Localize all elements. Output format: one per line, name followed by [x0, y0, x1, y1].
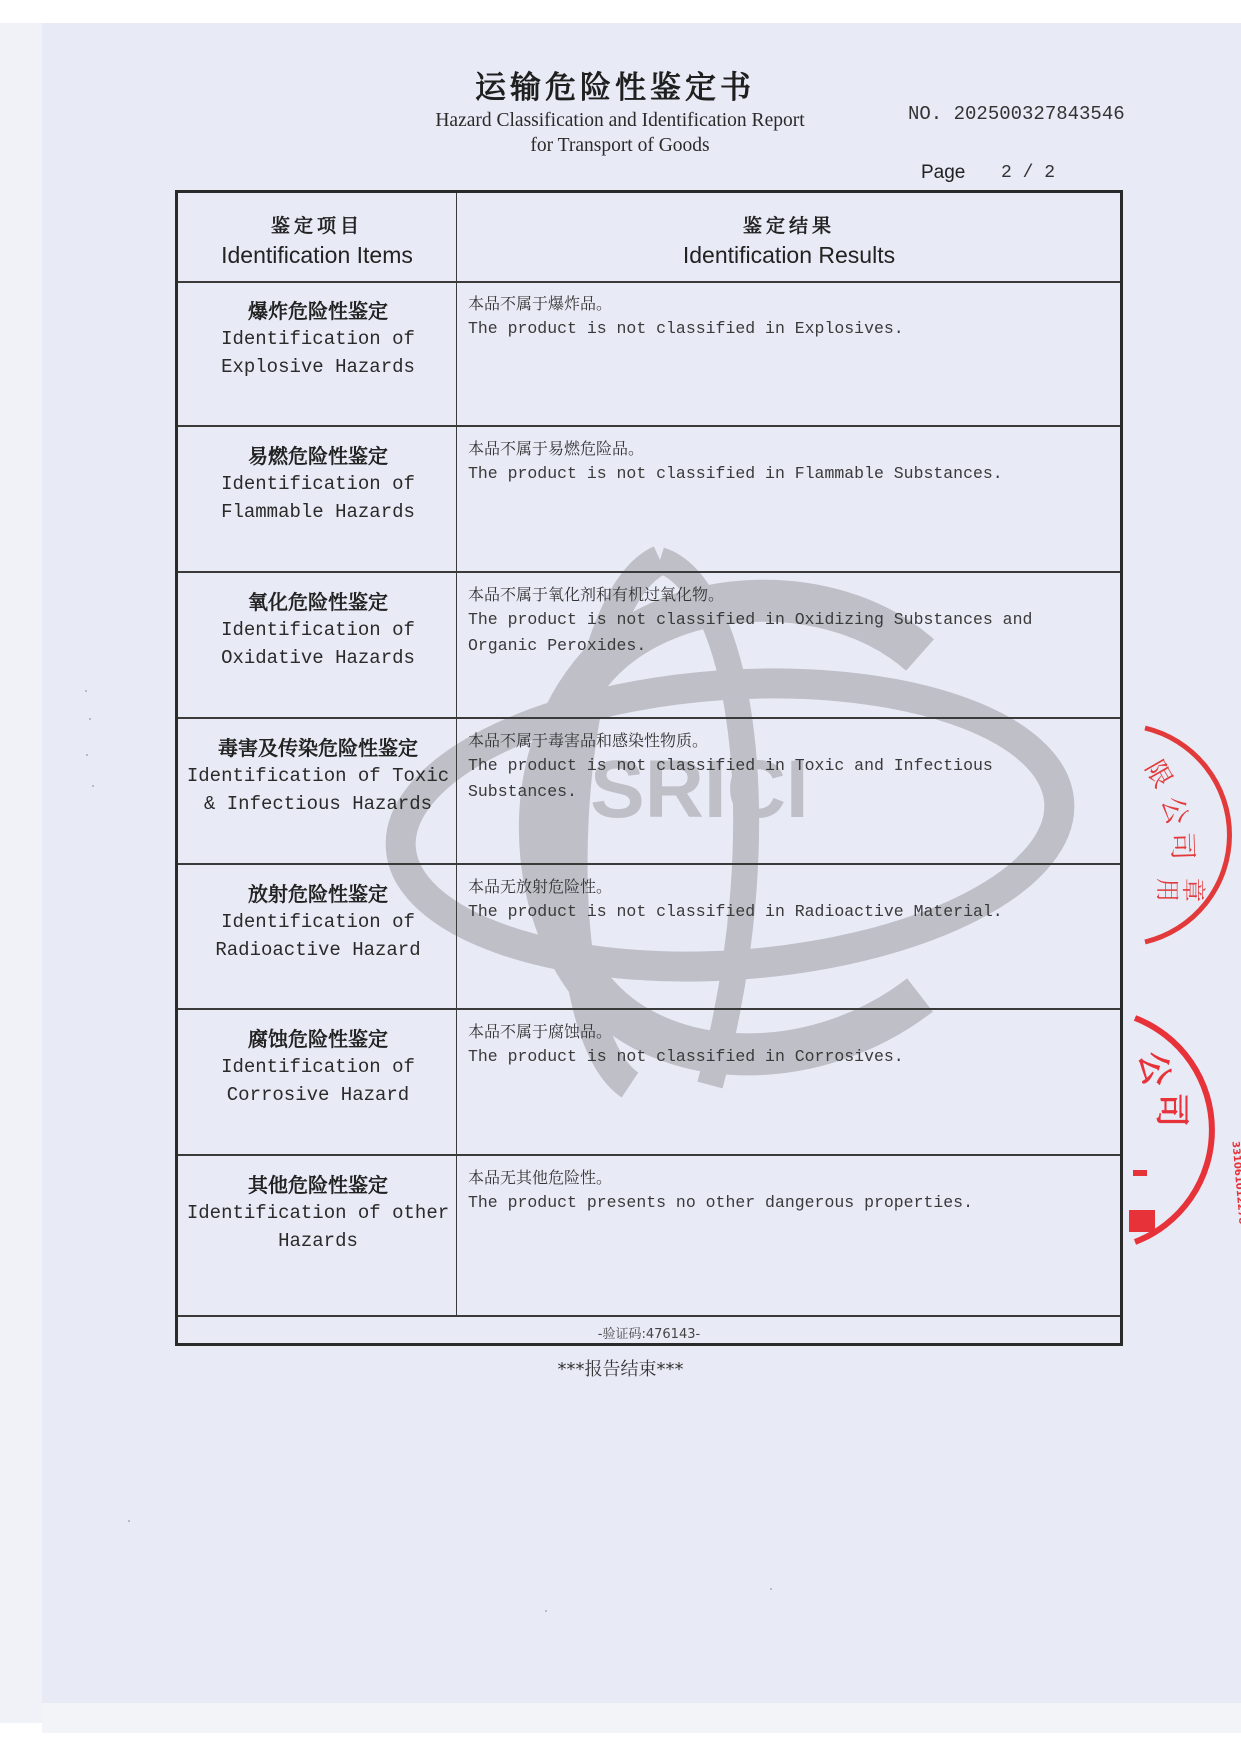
- item-cell: 毒害及传染危险性鉴定 Identification of Toxic & Inf…: [178, 734, 458, 818]
- header-results-en: Identification Results: [458, 242, 1120, 269]
- result-en: The product presents no other dangerous …: [468, 1190, 1108, 1216]
- result-en: The product is not classified in Explosi…: [468, 316, 1108, 342]
- header-items-en: Identification Items: [178, 242, 456, 269]
- result-cn: 本品不属于爆炸品。: [468, 291, 1108, 316]
- row-divider: [178, 1154, 1120, 1156]
- item-cell: 放射危险性鉴定 Identification of Radioactive Ha…: [178, 880, 458, 964]
- item-cn: 易燃危险性鉴定: [178, 442, 458, 470]
- page-number: 2 / 2: [1001, 163, 1055, 183]
- item-cn: 氧化危险性鉴定: [178, 588, 458, 616]
- result-cn: 本品不属于易燃危险品。: [468, 436, 1108, 461]
- verification-code: -验证码:476143-: [178, 1323, 1120, 1342]
- result-cell: 本品不属于易燃危险品。 The product is not classifie…: [468, 436, 1108, 487]
- item-en: Identification of Explosive Hazards: [178, 325, 458, 381]
- item-cn: 毒害及传染危险性鉴定: [178, 734, 458, 762]
- item-en: Identification of Radioactive Hazard: [178, 908, 458, 964]
- identification-table: 鉴定项目 Identification Items 鉴定结果 Identific…: [175, 190, 1123, 1346]
- title-en-line1: Hazard Classification and Identification…: [400, 108, 840, 133]
- title-en-line2: for Transport of Goods: [400, 133, 840, 158]
- result-cn: 本品无放射危险性。: [468, 874, 1108, 899]
- item-en: Identification of Oxidative Hazards: [178, 616, 458, 672]
- item-cell: 氧化危险性鉴定 Identification of Oxidative Haza…: [178, 588, 458, 672]
- item-en: Identification of other Hazards: [178, 1199, 458, 1255]
- result-en: The product is not classified in Flammab…: [468, 461, 1108, 487]
- scan-bottom-band: [42, 1703, 1241, 1733]
- result-cell: 本品无其他危险性。 The product presents no other …: [468, 1165, 1108, 1216]
- item-cell: 易燃危险性鉴定 Identification of Flammable Haza…: [178, 442, 458, 526]
- report-number: NO. 202500327843546: [908, 103, 1125, 125]
- result-cell: 本品不属于毒害品和感染性物质。 The product is not class…: [468, 728, 1108, 805]
- footer-row-divider: [178, 1315, 1120, 1317]
- document-title-en: Hazard Classification and Identification…: [400, 108, 840, 158]
- item-cell: 其他危险性鉴定 Identification of other Hazards: [178, 1171, 458, 1255]
- item-en: Identification of Flammable Hazards: [178, 470, 458, 526]
- result-cn: 本品无其他危险性。: [468, 1165, 1108, 1190]
- report-end-mark: ***报告结束***: [0, 1355, 1241, 1381]
- result-cell: 本品不属于爆炸品。 The product is not classified …: [468, 291, 1108, 342]
- item-cell: 爆炸危险性鉴定 Identification of Explosive Haza…: [178, 297, 458, 381]
- scan-edge-strip: [0, 23, 42, 1723]
- row-divider: [178, 717, 1120, 719]
- item-en: Identification of Toxic & Infectious Haz…: [178, 762, 458, 818]
- row-divider: [178, 1008, 1120, 1010]
- row-divider: [178, 571, 1120, 573]
- header-items-cn: 鉴定项目: [178, 211, 456, 238]
- result-cell: 本品无放射危险性。 The product is not classified …: [468, 874, 1108, 925]
- header-cell-items: 鉴定项目 Identification Items: [178, 211, 456, 269]
- item-cn: 腐蚀危险性鉴定: [178, 1025, 458, 1053]
- result-en: The product is not classified in Corrosi…: [468, 1044, 1108, 1070]
- item-cn: 放射危险性鉴定: [178, 880, 458, 908]
- header-row-divider: [178, 281, 1120, 283]
- row-divider: [178, 863, 1120, 865]
- result-cell: 本品不属于氧化剂和有机过氧化物。 The product is not clas…: [468, 582, 1108, 659]
- row-divider: [178, 425, 1120, 427]
- item-cell: 腐蚀危险性鉴定 Identification of Corrosive Haza…: [178, 1025, 458, 1109]
- result-cell: 本品不属于腐蚀品。 The product is not classified …: [468, 1019, 1108, 1070]
- result-en: The product is not classified in Toxic a…: [468, 753, 1108, 805]
- result-cn: 本品不属于氧化剂和有机过氧化物。: [468, 582, 1108, 607]
- header-cell-results: 鉴定结果 Identification Results: [458, 211, 1120, 269]
- item-cn: 其他危险性鉴定: [178, 1171, 458, 1199]
- item-cn: 爆炸危险性鉴定: [178, 297, 458, 325]
- item-en: Identification of Corrosive Hazard: [178, 1053, 458, 1109]
- result-en: The product is not classified in Oxidizi…: [468, 607, 1108, 659]
- result-en: The product is not classified in Radioac…: [468, 899, 1108, 925]
- header-results-cn: 鉴定结果: [458, 211, 1120, 238]
- result-cn: 本品不属于腐蚀品。: [468, 1019, 1108, 1044]
- page-label: Page: [921, 162, 965, 184]
- result-cn: 本品不属于毒害品和感染性物质。: [468, 728, 1108, 753]
